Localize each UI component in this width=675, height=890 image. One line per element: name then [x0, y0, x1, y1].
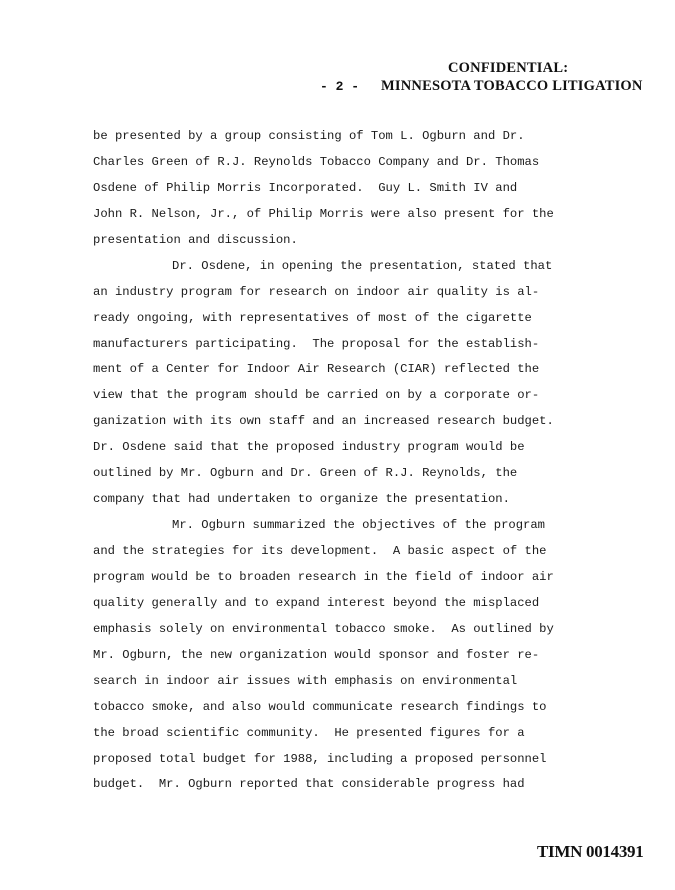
text-line: Dr. Osdene said that the proposed indust… — [93, 435, 593, 461]
text-line: ready ongoing, with representatives of m… — [93, 306, 593, 332]
text-line: and the strategies for its development. … — [93, 539, 593, 565]
text-line: Charles Green of R.J. Reynolds Tobacco C… — [93, 150, 593, 176]
text-line: presentation and discussion. — [93, 228, 593, 254]
text-line: manufacturers participating. The proposa… — [93, 332, 593, 358]
text-line: the broad scientific community. He prese… — [93, 721, 593, 747]
text-line: Mr. Ogburn, the new organization would s… — [93, 643, 593, 669]
text-line: an industry program for research on indo… — [93, 280, 593, 306]
document-body: be presented by a group consisting of To… — [93, 124, 593, 798]
text-line: outlined by Mr. Ogburn and Dr. Green of … — [93, 461, 593, 487]
bates-number: TIMN 0014391 — [537, 842, 643, 862]
text-line: Dr. Osdene, in opening the presentation,… — [93, 254, 593, 280]
paragraph: be presented by a group consisting of To… — [93, 124, 593, 254]
paragraph: Mr. Ogburn summarized the objectives of … — [93, 513, 593, 798]
text-line: Mr. Ogburn summarized the objectives of … — [93, 513, 593, 539]
text-line: tobacco smoke, and also would communicat… — [93, 695, 593, 721]
text-line: ganization with its own staff and an inc… — [93, 409, 593, 435]
text-line: budget. Mr. Ogburn reported that conside… — [93, 772, 593, 798]
text-line: John R. Nelson, Jr., of Philip Morris we… — [93, 202, 593, 228]
text-line: quality generally and to expand interest… — [93, 591, 593, 617]
text-line: search in indoor air issues with emphasi… — [93, 669, 593, 695]
page-number: - 2 - — [320, 79, 359, 94]
text-line: be presented by a group consisting of To… — [93, 124, 593, 150]
text-line: proposed total budget for 1988, includin… — [93, 747, 593, 773]
text-line: Osdene of Philip Morris Incorporated. Gu… — [93, 176, 593, 202]
text-line: view that the program should be carried … — [93, 383, 593, 409]
confidential-label: CONFIDENTIAL: — [448, 60, 568, 77]
paragraph: Dr. Osdene, in opening the presentation,… — [93, 254, 593, 513]
text-line: ment of a Center for Indoor Air Research… — [93, 357, 593, 383]
text-line: company that had undertaken to organize … — [93, 487, 593, 513]
text-line: emphasis solely on environmental tobacco… — [93, 617, 593, 643]
litigation-label: MINNESOTA TOBACCO LITIGATION — [381, 78, 643, 95]
text-line: program would be to broaden research in … — [93, 565, 593, 591]
